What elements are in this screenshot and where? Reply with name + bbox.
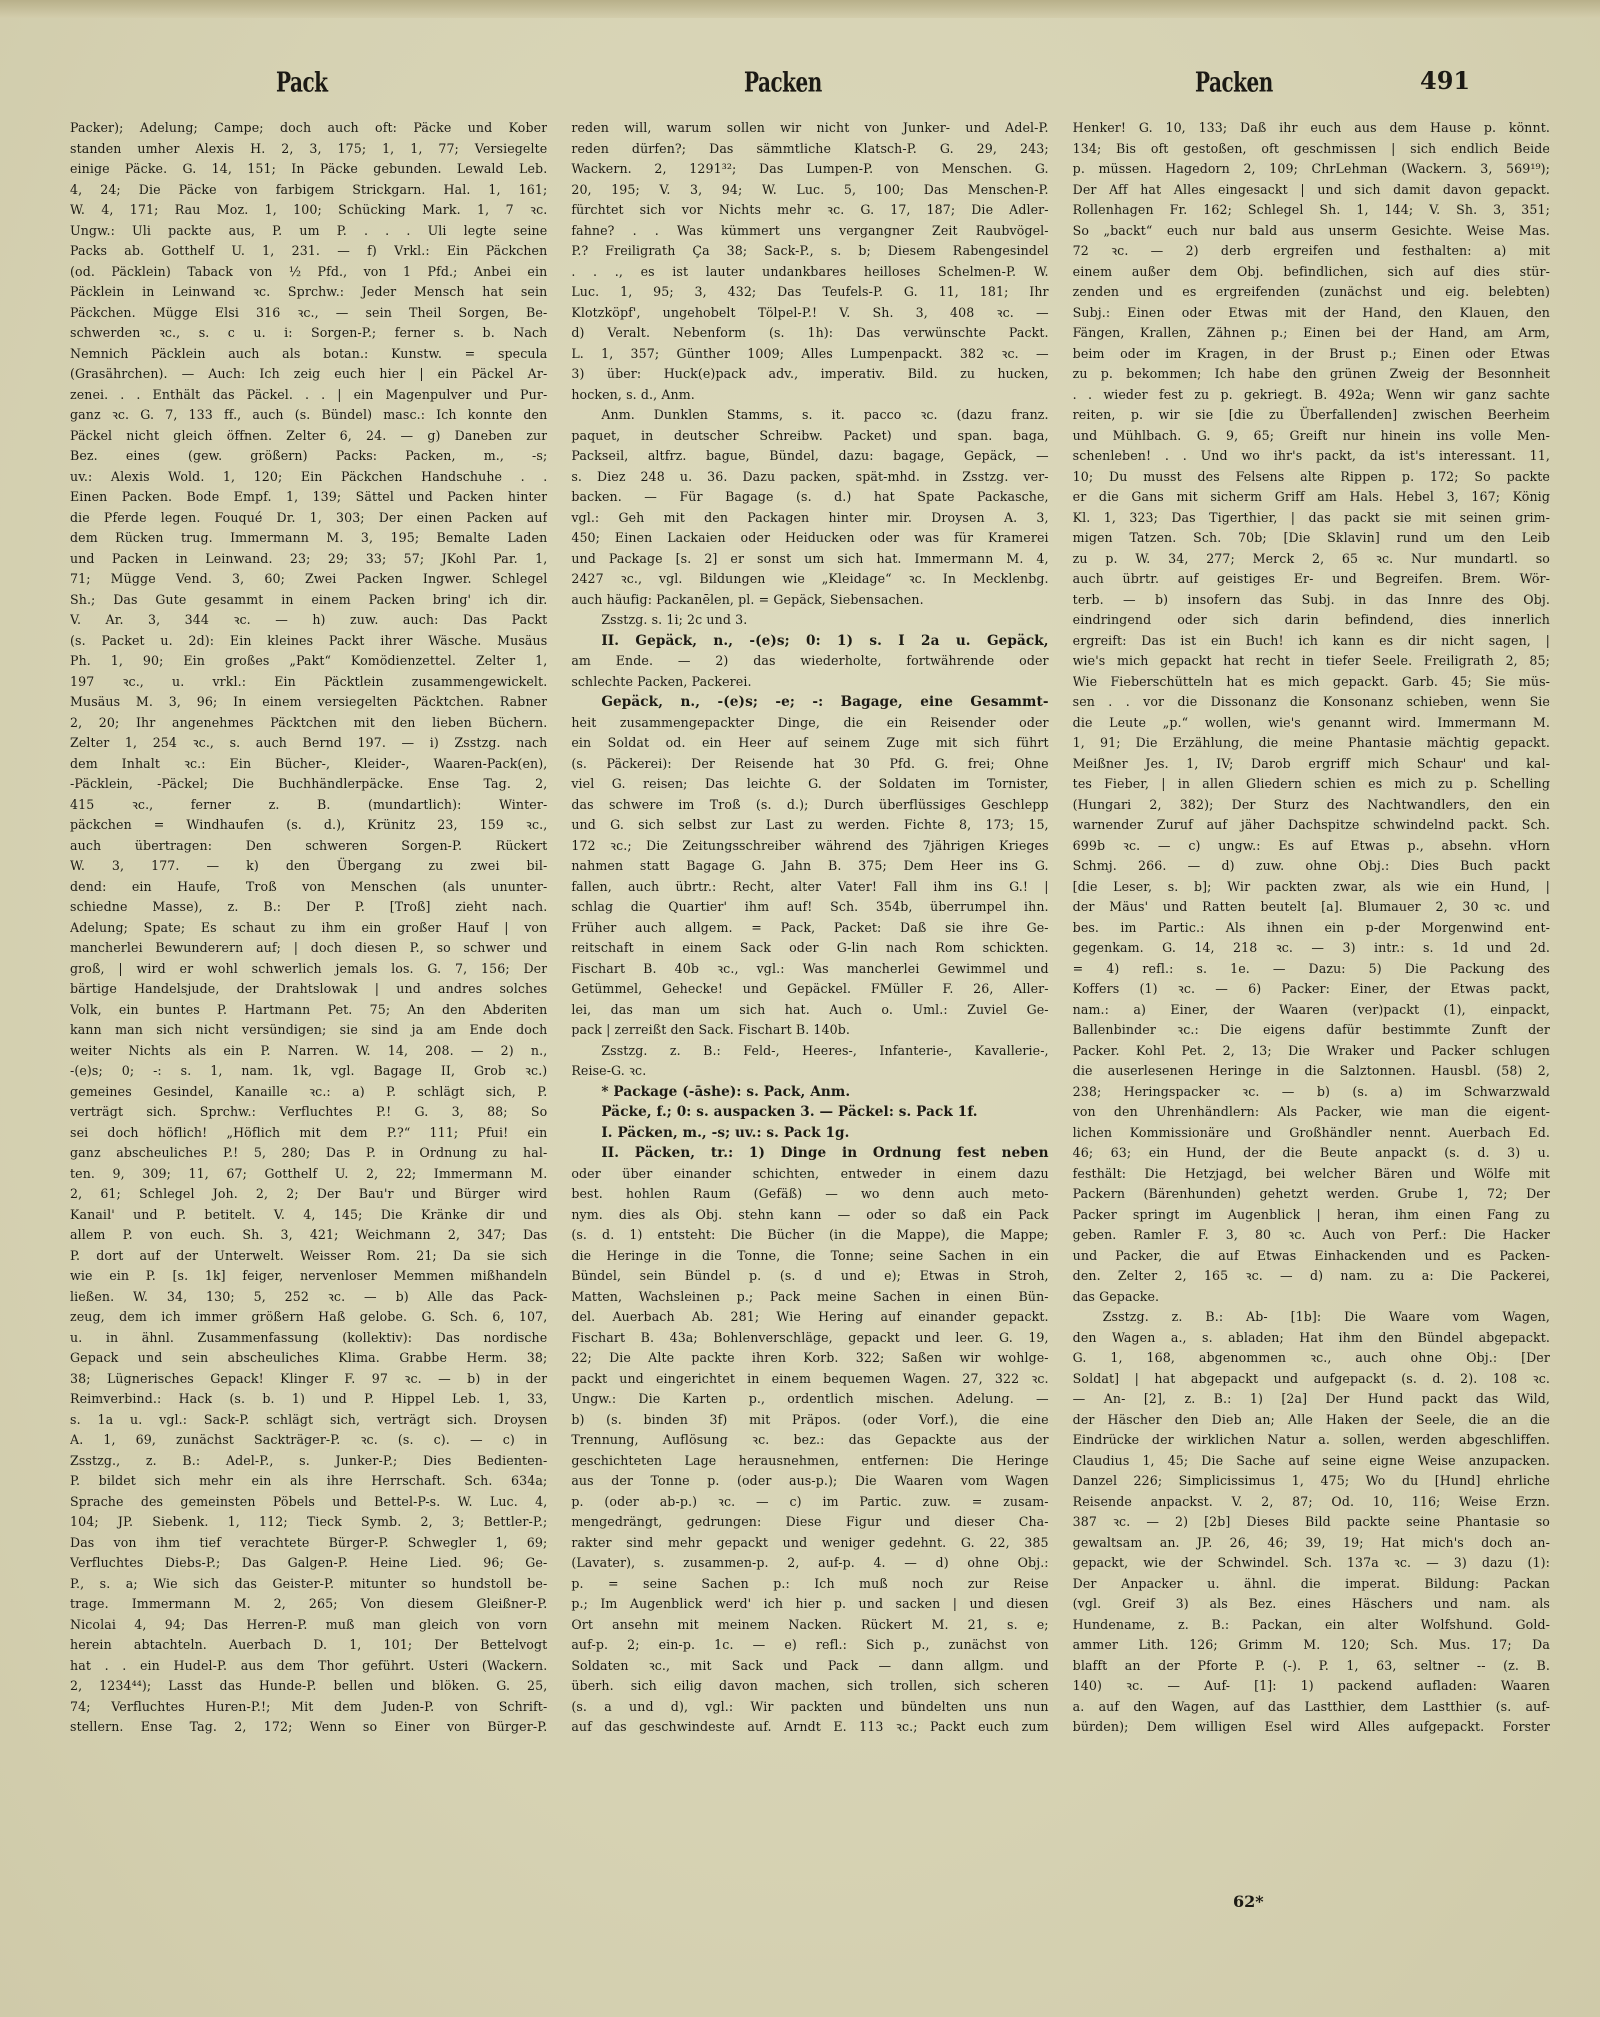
text-line: reden will, warum sollen wir nicht von J… (571, 118, 1048, 139)
text-line: auch häufig: Packanēlen, pl. = Gepäck, S… (571, 590, 1048, 611)
text-line: pack | zerreißt den Sack. Fischart B. 14… (571, 1020, 1048, 1041)
text-line: Danzel 226; Simplicissimus 1, 475; Wo du… (1073, 1471, 1550, 1492)
text-line: P.? Freiligrath Ça 38; Sack-P., s. b; Di… (571, 241, 1048, 262)
text-line: 2, 61; Schlegel Joh. 2, 2; Der Bau'r und… (70, 1184, 547, 1205)
text-line: Sprache des gemeinsten Pöbels und Bettel… (70, 1492, 547, 1513)
text-line: 4, 24; Die Päcke von farbigem Strickgarn… (70, 180, 547, 201)
text-line: das schwere im Troß (s. d.); Durch überf… (571, 795, 1048, 816)
text-line: Bez. eines (gew. größern) Packs: Packen,… (70, 446, 547, 467)
text-line: heit zusammengepackter Dinge, die ein Re… (571, 713, 1048, 734)
text-line: . . wieder fest zu p. gekriegt. B. 492a;… (1073, 385, 1550, 406)
signature-mark: 62* (1233, 1892, 1264, 1911)
text-line: päckchen = Windhaufen (s. d.), Krünitz 2… (70, 815, 547, 836)
text-line: Packs ab. Gotthelf U. 1, 231. — f) Vrkl.… (70, 241, 547, 262)
text-line: zeug, dem ich immer größern Haß gelobe. … (70, 1307, 547, 1328)
text-line: groß, | wird er wohl schwerlich jemals l… (70, 959, 547, 980)
text-line: Gepäck, n., -(e)s; -e; -: Bagage, eine G… (571, 692, 1048, 713)
text-line: (s. Päckerei): Der Reisende hat 30 Pfd. … (571, 754, 1048, 775)
text-line: L. 1, 357; Günther 1009; Alles Lumpenpac… (571, 344, 1048, 365)
text-line: verträgt sich. Sprchw.: Verfluchtes P.! … (70, 1102, 547, 1123)
text-line: b) (s. binden 3f) mit Präpos. (oder Vorf… (571, 1410, 1048, 1431)
text-line: II. Päcken, tr.: 1) Dinge in Ordnung fes… (571, 1143, 1048, 1164)
text-line: mengedrängt, gedrungen: Diese Figur und … (571, 1512, 1048, 1533)
text-line: packt und eingerichtet in einem bequemen… (571, 1369, 1048, 1390)
text-line: G. 1, 168, abgenommen ꝛc., auch ohne Obj… (1073, 1348, 1550, 1369)
text-line: sen . . vor die Dissonanz die Konsonanz … (1073, 692, 1550, 713)
text-line: 72 ꝛc. — 2) derb ergreifen und festhalte… (1073, 241, 1550, 262)
text-line: ergreift: Das ist ein Buch! ich kann es … (1073, 631, 1550, 652)
text-line: lei, das man um sich hat. Auch o. Uml.: … (571, 1000, 1048, 1021)
text-line: u. in ähnl. Zusammenfassung (kollektiv):… (70, 1328, 547, 1349)
text-line: Reisende anpackst. V. 2, 87; Od. 10, 116… (1073, 1492, 1550, 1513)
text-line: Der Aff hat Alles eingesackt | und sich … (1073, 180, 1550, 201)
text-line: aus der Tonne p. (oder aus-p.); Die Waar… (571, 1471, 1048, 1492)
text-line: Musäus M. 3, 96; In einem versiegelten P… (70, 692, 547, 713)
text-line: paquet, in deutscher Schreibw. Packet) u… (571, 426, 1048, 447)
text-line: er die Gans mit sicherm Griff am Hals. H… (1073, 487, 1550, 508)
text-line: P. bildet sich mehr ein als ihre Herrsch… (70, 1471, 547, 1492)
text-line: allem P. von euch. Sh. 3, 421; Weichmann… (70, 1225, 547, 1246)
text-line: 238; Heringspacker ꝛc. — b) (s. a) im Sc… (1073, 1082, 1550, 1103)
text-line: dem Rücken trug. Immermann M. 3, 195; Be… (70, 528, 547, 549)
page-number: 491 (1420, 66, 1470, 95)
text-line: reiten, p. wir sie [die zu Überfallenden… (1073, 405, 1550, 426)
text-line: Soldat] | hat abgepackt und aufgepackt (… (1073, 1369, 1550, 1390)
text-line: schiedne Masse), z. B.: Der P. [Troß] zi… (70, 897, 547, 918)
text-line: ganz abscheuliches P.! 5, 280; Das P. in… (70, 1143, 547, 1164)
text-line: bärtige Handelsjude, der Drahtslowak | u… (70, 979, 547, 1000)
text-line: am Ende. — 2) das wiederholte, fortwähre… (571, 651, 1048, 672)
text-line: 415 ꝛc., ferner z. B. (mundartlich): Win… (70, 795, 547, 816)
text-line: sei doch höflich! „Höflich mit dem P.?“ … (70, 1123, 547, 1144)
text-line: Päcklein in Leinwand ꝛc. Sprchw.: Jeder … (70, 282, 547, 303)
text-line: Reimverbind.: Hack (s. b. 1) und P. Hipp… (70, 1389, 547, 1410)
text-line: 22; Die Alte packte ihren Korb. 322; Saß… (571, 1348, 1048, 1369)
text-line: ten. 9, 309; 11, 67; Gotthelf U. 2, 22; … (70, 1164, 547, 1185)
text-line: geschichteten Lage herausnehmen, entfern… (571, 1451, 1048, 1472)
text-line: dem Inhalt ꝛc.: Ein Bücher-, Kleider-, W… (70, 754, 547, 775)
text-line: 387 ꝛc. — 2) [2b] Dieses Bild packte sei… (1073, 1512, 1550, 1533)
column-right: Henker! G. 10, 133; Daß ihr euch aus dem… (1073, 118, 1550, 1738)
text-line: 2, 1234⁴⁴); Lasst das Hunde-P. bellen un… (70, 1676, 547, 1697)
text-line: Kl. 1, 323; Das Tigerthier, | das packt … (1073, 508, 1550, 529)
text-line: Trennung, Auflösung ꝛc. bez.: das Gepack… (571, 1430, 1048, 1451)
text-line: gemeines Gesindel, Kanaille ꝛc.: a) P. s… (70, 1082, 547, 1103)
text-line: zu p. bekommen; Ich habe den grünen Zwei… (1073, 364, 1550, 385)
text-line: wie ein P. [s. 1k] feiger, nervenloser M… (70, 1266, 547, 1287)
text-line: Der Anpacker u. ähnl. die imperat. Bildu… (1073, 1574, 1550, 1595)
text-line: Koffers (1) ꝛc. — 6) Packer: Einer, der … (1073, 979, 1550, 1000)
text-line: backen. — Für Bagage (s. d.) hat Spate P… (571, 487, 1048, 508)
right-guide-word: Packen (1195, 66, 1273, 98)
text-line: gegenkam. G. 14, 218 ꝛc. — 3) intr.: s. … (1073, 938, 1550, 959)
text-line: Gepack und sein abscheuliches Klima. Gra… (70, 1348, 547, 1369)
text-line: und Packer, die auf Etwas Einhackenden u… (1073, 1246, 1550, 1267)
text-line: (vgl. Greif 3) als Bez. eines Häschers u… (1073, 1594, 1550, 1615)
scan-top-edge (0, 0, 1600, 18)
text-line: 134; Bis oft gestoßen, oft geschmissen |… (1073, 139, 1550, 160)
text-line: Ph. 1, 90; Ein großes „Pakt“ Komödienzet… (70, 651, 547, 672)
text-line: die Leute „p.“ wollen, wie's genannt wir… (1073, 713, 1550, 734)
text-line: del. Auerbach Ab. 281; Wie Hering auf ei… (571, 1307, 1048, 1328)
text-line: warnender Zuruf auf jäher Dachspitze sch… (1073, 815, 1550, 836)
text-line: . . ., es ist lauter undankbares heillos… (571, 262, 1048, 283)
text-line: Bündel, sein Bündel p. (s. d und e); Etw… (571, 1266, 1048, 1287)
text-line: 140) ꝛc. — Auf- [1]: 1) packend aufladen… (1073, 1676, 1550, 1697)
text-line: mancherlei Bewunderern auf; | doch diese… (70, 938, 547, 959)
text-line: zenden und es ergreifenden (zunächst und… (1073, 282, 1550, 303)
text-line: die auserlesenen Heringe in die Salztonn… (1073, 1061, 1550, 1082)
text-line: 699b ꝛc. — c) ungw.: Es auf Etwas p., ab… (1073, 836, 1550, 857)
text-line: Hundename, z. B.: Packan, ein alter Wolf… (1073, 1615, 1550, 1636)
text-line: dend: ein Haufe, Troß von Menschen (als … (70, 877, 547, 898)
text-line: ließen. W. 34, 130; 5, 252 ꝛc. — b) Alle… (70, 1287, 547, 1308)
text-line: 197 ꝛc., u. vrkl.: Ein Päcktlein zusamme… (70, 672, 547, 693)
text-line: hocken, s. d., Anm. (571, 385, 1048, 406)
text-line: die Pferde legen. Fouqué Dr. 1, 303; Der… (70, 508, 547, 529)
text-line: Klotzköpf', ungehobelt Tölpel-P.! V. Sh.… (571, 303, 1048, 324)
text-line: Zsstzg. z. B.: Ab- [1b]: Die Waare vom W… (1073, 1307, 1550, 1328)
text-line: 2, 20; Ihr angenehmes Päcktchen mit den … (70, 713, 547, 734)
text-line: blafft an der Pforte P. (-). P. 1, 63, s… (1073, 1656, 1550, 1677)
text-line: V. Ar. 3, 344 ꝛc. — h) zuw. auch: Das Pa… (70, 610, 547, 631)
text-line: (s. a und d), vgl.: Wir packten und bünd… (571, 1697, 1048, 1718)
text-line: den Wagen a., s. abladen; Hat ihm den Bü… (1073, 1328, 1550, 1349)
text-line: I. Päcken, m., -s; uv.: s. Pack 1g. (571, 1123, 1048, 1144)
text-line: der Mäus' und Ratten beutelt [a]. Blumau… (1073, 897, 1550, 918)
text-line: P., s. a; Wie sich das Geister-P. mitunt… (70, 1574, 547, 1595)
text-line: Fischart B. 43a; Bohlenverschläge, gepac… (571, 1328, 1048, 1349)
text-line: festhält: Die Hetzjagd, bei welcher Bäre… (1073, 1164, 1550, 1185)
text-line: migen Tatzen. Sch. 70b; [Die Sklavin] ru… (1073, 528, 1550, 549)
left-guide-word: Pack (276, 66, 328, 98)
text-columns: Packer); Adelung; Campe; doch auch oft: … (70, 118, 1550, 1738)
text-line: Nemnich Päcklein auch als botan.: Kunstw… (70, 344, 547, 365)
text-line: Packer springt im Augenblick | heran, ih… (1073, 1205, 1550, 1226)
text-line: Henker! G. 10, 133; Daß ihr euch aus dem… (1073, 118, 1550, 139)
text-line: geben. Ramler F. 3, 80 ꝛc. Auch von Perf… (1073, 1225, 1550, 1246)
text-line: 1, 91; Die Erzählung, die meine Phantasi… (1073, 733, 1550, 754)
text-line: ein Soldat od. ein Heer auf seinem Zuge … (571, 733, 1048, 754)
text-line: Anm. Dunklen Stamms, s. it. pacco ꝛc. (d… (571, 405, 1048, 426)
text-line: So „backt“ euch nur bald aus unserm Gesi… (1073, 221, 1550, 242)
text-line: viel G. reisen; Das leichte G. der Solda… (571, 774, 1048, 795)
text-line: bürden); Dem willigen Esel wird Alles au… (1073, 1717, 1550, 1738)
text-line: Matten, Wachsleinen p.; Pack meine Sache… (571, 1287, 1048, 1308)
column-middle: reden will, warum sollen wir nicht von J… (571, 118, 1048, 1738)
text-line: und G. sich selbst zur Last zu werden. F… (571, 815, 1048, 836)
text-line: Rollenhagen Fr. 162; Schlegel Sh. 1, 144… (1073, 200, 1550, 221)
text-line: (Grasährchen). — Auch: Ich zeig euch hie… (70, 364, 547, 385)
text-line: II. Gepäck, n., -(e)s; 0: 1) s. I 2a u. … (571, 631, 1048, 652)
text-line: auf das geschwindeste auf. Arndt E. 113 … (571, 1717, 1048, 1738)
running-header: Pack Packen Packen 491 (0, 66, 1600, 106)
text-line: kann man sich nicht versündigen; sie sin… (70, 1020, 547, 1041)
text-line: und Package [s. 2] er sonst um sich hat.… (571, 549, 1048, 570)
text-line: Fischart B. 40b ꝛc., vgl.: Was mancherle… (571, 959, 1048, 980)
text-line: rakter sind mehr gepackt und weniger ged… (571, 1533, 1048, 1554)
text-line: 172 ꝛc.; Die Zeitungsschreiber während d… (571, 836, 1048, 857)
text-line: Volk, ein buntes P. Hartmann Pet. 75; An… (70, 1000, 547, 1021)
text-line: Verfluchtes Diebs-P.; Das Galgen-P. Hein… (70, 1553, 547, 1574)
text-line: fallen, auch übrtr.: Recht, alter Vater!… (571, 877, 1048, 898)
text-line: Claudius 1, 45; Die Sache auf seine eign… (1073, 1451, 1550, 1472)
text-line: Päckchen. Mügge Elsi 316 ꝛc., — sein The… (70, 303, 547, 324)
text-line: 3) über: Huck(e)pack adv., imperativ. Bi… (571, 364, 1048, 385)
text-line: weiter Nichts als ein P. Narren. W. 14, … (70, 1041, 547, 1062)
text-line: P. dort auf der Unterwelt. Weisser Rom. … (70, 1246, 547, 1267)
text-line: die Heringe in die Tonne, die Tonne; sei… (571, 1246, 1048, 1267)
text-line: W. 4, 171; Rau Moz. 1, 100; Schücking Ma… (70, 200, 547, 221)
text-line: herein abtachteln. Auerbach D. 1, 101; D… (70, 1635, 547, 1656)
text-line: Sh.; Das Gute gesammt in einem Packen br… (70, 590, 547, 611)
text-line: Päckel nicht gleich öffnen. Zelter 6, 24… (70, 426, 547, 447)
text-line: den. Zelter 2, 165 ꝛc. — d) nam. zu a: D… (1073, 1266, 1550, 1287)
text-line: das Gepacke. (1073, 1287, 1550, 1308)
text-line: auf-p. 2; ein-p. 1c. — e) refl.: Sich p.… (571, 1635, 1048, 1656)
text-line: Zelter 1, 254 ꝛc., s. auch Bernd 197. — … (70, 733, 547, 754)
text-line: eindringend oder sich darin befindend, d… (1073, 610, 1550, 631)
text-line: Einen Packen. Bode Empf. 1, 139; Sättel … (70, 487, 547, 508)
text-line: von den Uhrenhändlern: Als Packer, wie m… (1073, 1102, 1550, 1123)
text-line: Reise-G. ꝛc. (571, 1061, 1048, 1082)
text-line: gepackt, wie der Schwindel. Sch. 137a ꝛc… (1073, 1553, 1550, 1574)
text-line: reden dürfen?; Das sämmtliche Klatsch-P.… (571, 139, 1048, 160)
text-line: 71; Mügge Vend. 3, 60; Zwei Packen Ingwe… (70, 569, 547, 590)
text-line: 46; 63; ein Hund, der die Beute anpackt … (1073, 1143, 1550, 1164)
text-line: s. Diez 248 u. 36. Dazu packen, spät-mhd… (571, 467, 1048, 488)
text-line: Eindrücke der wirklichen Natur a. sollen… (1073, 1430, 1550, 1451)
text-line: p. müssen. Hagedorn 2, 109; ChrLehman (W… (1073, 159, 1550, 180)
text-line: d) Veralt. Nebenform (s. 1h): Das verwün… (571, 323, 1048, 344)
text-line: nahmen statt Bagage G. Jahn B. 375; Dem … (571, 856, 1048, 877)
text-line: p. = seine Sachen p.: Ich muß noch zur R… (571, 1574, 1048, 1595)
text-line: überh. sich eilig davon machen, sich tro… (571, 1676, 1048, 1697)
text-line: Kanail' und P. betitelt. V. 4, 145; Die … (70, 1205, 547, 1226)
text-line: s. 1a u. vgl.: Sack-P. schlägt sich, ver… (70, 1410, 547, 1431)
text-line: und Packen in Leinwand. 23; 29; 33; 57; … (70, 549, 547, 570)
text-line: Zsstzg. z. B.: Feld-, Heeres-, Infanteri… (571, 1041, 1048, 1062)
text-line: Packer. Kohl Pet. 2, 13; Die Wraker und … (1073, 1041, 1550, 1062)
center-guide-word: Packen (744, 66, 822, 98)
text-line: hat . . ein Hudel-P. aus dem Thor geführ… (70, 1656, 547, 1677)
text-line: gewaltsam an. JP. 26, 46; 39, 19; Hat mi… (1073, 1533, 1550, 1554)
text-line: Packseil, altfrz. bague, Bündel, dazu: b… (571, 446, 1048, 467)
text-line: Getümmel, Gehecke! und Gepäckel. FMüller… (571, 979, 1048, 1000)
text-line: Meißner Jes. 1, IV; Darob ergriff mich S… (1073, 754, 1550, 775)
text-line: uv.: Alexis Wold. 1, 120; Ein Päckchen H… (70, 467, 547, 488)
text-line: schwerden ꝛc., s. c u. i: Sorgen-P.; fer… (70, 323, 547, 344)
text-line: (s. Packet u. 2d): Ein kleines Packt ihr… (70, 631, 547, 652)
text-line: ammer Lith. 126; Grimm M. 120; Sch. Mus.… (1073, 1635, 1550, 1656)
text-line: Nicolai 4, 94; Das Herren-P. muß man gle… (70, 1615, 547, 1636)
text-line: Adelung; Spate; Es schaut zu ihm ein gro… (70, 918, 547, 939)
text-line: und Mühlbach. G. 9, 65; Greift nur hinei… (1073, 426, 1550, 447)
text-line: Luc. 1, 95; 3, 432; Das Teufels-P. G. 11… (571, 282, 1048, 303)
text-line: — An- [2], z. B.: 1) [2a] Der Hund packt… (1073, 1389, 1550, 1410)
text-line: Päcke, f.; 0: s. auspacken 3. — Päckel: … (571, 1102, 1048, 1123)
dictionary-page: Pack Packen Packen 491 Packer); Adelung;… (0, 0, 1600, 2017)
text-line: Packer); Adelung; Campe; doch auch oft: … (70, 118, 547, 139)
text-line: Zsstzg., z. B.: Adel-P., s. Junker-P.; D… (70, 1451, 547, 1472)
text-line: Ungw.: Die Karten p., ordentlich mischen… (571, 1389, 1048, 1410)
text-line: nam.: a) Einer, der Waaren (ver)packt (1… (1073, 1000, 1550, 1021)
text-line: Soldaten ꝛc., mit Sack und Pack — dann a… (571, 1656, 1048, 1677)
text-line: fürchtet sich vor Nichts mehr ꝛc. G. 17,… (571, 200, 1048, 221)
text-line: Ballenbinder ꝛc.: Die eigens dafür besti… (1073, 1020, 1550, 1041)
text-line: terb. — b) insofern das Subj. in das Inn… (1073, 590, 1550, 611)
text-line: (od. Päcklein) Taback von ½ Pfd., von 1 … (70, 262, 547, 283)
text-line: [die Leser, s. b]; Wir packten zwar, als… (1073, 877, 1550, 898)
text-line: W. 3, 177. — k) den Übergang zu zwei bil… (70, 856, 547, 877)
text-line: Schmj. 266. — d) zuw. ohne Obj.: Dies Bu… (1073, 856, 1550, 877)
text-line: p. (oder ab-p.) ꝛc. — c) im Partic. zuw.… (571, 1492, 1048, 1513)
text-line: einem außer dem Obj. befindlichen, sich … (1073, 262, 1550, 283)
text-line: (s. d. 1) entsteht: Die Bücher (in die M… (571, 1225, 1048, 1246)
text-line: schlag die Quartier' ihm auf! Sch. 354b,… (571, 897, 1048, 918)
text-line: oder über einander schichten, entweder i… (571, 1164, 1048, 1185)
text-line: der Häscher den Dieb an; Alle Haken der … (1073, 1410, 1550, 1431)
text-line: zenei. . . Enthält das Päckel. . . | ein… (70, 385, 547, 406)
text-line: bes. im Partic.: Als ihnen ein p-der Mor… (1073, 918, 1550, 939)
text-line: p.; Im Augenblick werd' ich hier p. und … (571, 1594, 1048, 1615)
text-line: reitschaft in einem Sack oder G-lin nach… (571, 938, 1048, 959)
text-line: zu p. W. 34, 277; Merck 2, 65 ꝛc. Nur mu… (1073, 549, 1550, 570)
column-left: Packer); Adelung; Campe; doch auch oft: … (70, 118, 547, 1738)
text-line: 74; Verfluchtes Huren-P.!; Mit dem Juden… (70, 1697, 547, 1718)
text-line: Packern (Bärenhunden) gehetzt werden. Gr… (1073, 1184, 1550, 1205)
text-line: 450; Einen Lackaien oder Heiducken oder … (571, 528, 1048, 549)
text-line: einige Päcke. G. 14, 151; In Päcke gebun… (70, 159, 547, 180)
text-line: Ungw.: Uli packte aus, P. um P. . . . Ul… (70, 221, 547, 242)
text-line: stellern. Ense Tag. 2, 172; Wenn so Eine… (70, 1717, 547, 1738)
text-line: (Lavater), s. zusammen-p. 2, auf-p. 4. —… (571, 1553, 1048, 1574)
text-line: 2427 ꝛc., vgl. Bildungen wie „Kleidage“ … (571, 569, 1048, 590)
text-line: auch übertragen: Den schweren Sorgen-P. … (70, 836, 547, 857)
text-line: auch übrtr. auf geistiges Er- und Begrei… (1073, 569, 1550, 590)
text-line: a. auf den Wagen, auf das Lastthier, dem… (1073, 1697, 1550, 1718)
text-line: vgl.: Geh mit den Packagen hinter mir. D… (571, 508, 1048, 529)
text-line: Fängen, Krallen, Zähnen p.; Einen bei de… (1073, 323, 1550, 344)
text-line: nym. dies als Obj. stehn kann — oder so … (571, 1205, 1048, 1226)
text-line: = 4) refl.: s. 1e. — Dazu: 5) Die Packun… (1073, 959, 1550, 980)
text-line: 104; JP. Siebenk. 1, 112; Tieck Symb. 2,… (70, 1512, 547, 1533)
text-line: Früher auch allgem. = Pack, Packet: Daß … (571, 918, 1048, 939)
text-line: Das von ihm tief verachtete Bürger-P. Sc… (70, 1533, 547, 1554)
text-line: Wie Fieberschütteln hat es mich gepackt.… (1073, 672, 1550, 693)
text-line: A. 1, 69, zunächst Sackträger-P. ꝛc. (s.… (70, 1430, 547, 1451)
text-line: ganz ꝛc. G. 7, 133 ff., auch (s. Bündel)… (70, 405, 547, 426)
text-line: lichen Kommissionäre und Großhändler nen… (1073, 1123, 1550, 1144)
text-line: best. hohlen Raum (Gefäß) — wo denn auch… (571, 1184, 1048, 1205)
text-line: * Package (-āshe): s. Pack, Anm. (571, 1082, 1048, 1103)
text-line: 20, 195; V. 3, 94; W. Luc. 5, 100; Das M… (571, 180, 1048, 201)
text-line: (Hungari 2, 382); Der Sturz des Nachtwan… (1073, 795, 1550, 816)
text-line: tes Fieber, | in allen Gliedern schien e… (1073, 774, 1550, 795)
text-line: beim oder im Kragen, in der Brust p.; Ei… (1073, 344, 1550, 365)
text-line: wie's mich gepackt hat recht in tiefer S… (1073, 651, 1550, 672)
text-line: 38; Lügnerisches Gepack! Klinger F. 97 ꝛ… (70, 1369, 547, 1390)
text-line: standen umher Alexis H. 2, 3, 175; 1, 1,… (70, 139, 547, 160)
text-line: 10; Du musst des Felsens alte Rippen p. … (1073, 467, 1550, 488)
text-line: fahne? . . Was kümmert uns vergangner Ze… (571, 221, 1048, 242)
text-line: Wackern. 2, 1291³²; Das Lumpen-P. von Me… (571, 159, 1048, 180)
text-line: Subj.: Einen oder Etwas mit der Hand, de… (1073, 303, 1550, 324)
text-line: -Päcklein, -Päckel; Die Buchhändlerpäcke… (70, 774, 547, 795)
text-line: Zsstzg. s. 1i; 2c und 3. (571, 610, 1048, 631)
text-line: trage. Immermann M. 2, 265; Von diesem G… (70, 1594, 547, 1615)
text-line: schlechte Packen, Packerei. (571, 672, 1048, 693)
text-line: -(e)s; 0; -: s. 1, nam. 1k, vgl. Bagage … (70, 1061, 547, 1082)
text-line: schenleben! . . Und wo ihr's packt, da i… (1073, 446, 1550, 467)
text-line: Ort ansehn mit meinem Nacken. Rückert M.… (571, 1615, 1048, 1636)
